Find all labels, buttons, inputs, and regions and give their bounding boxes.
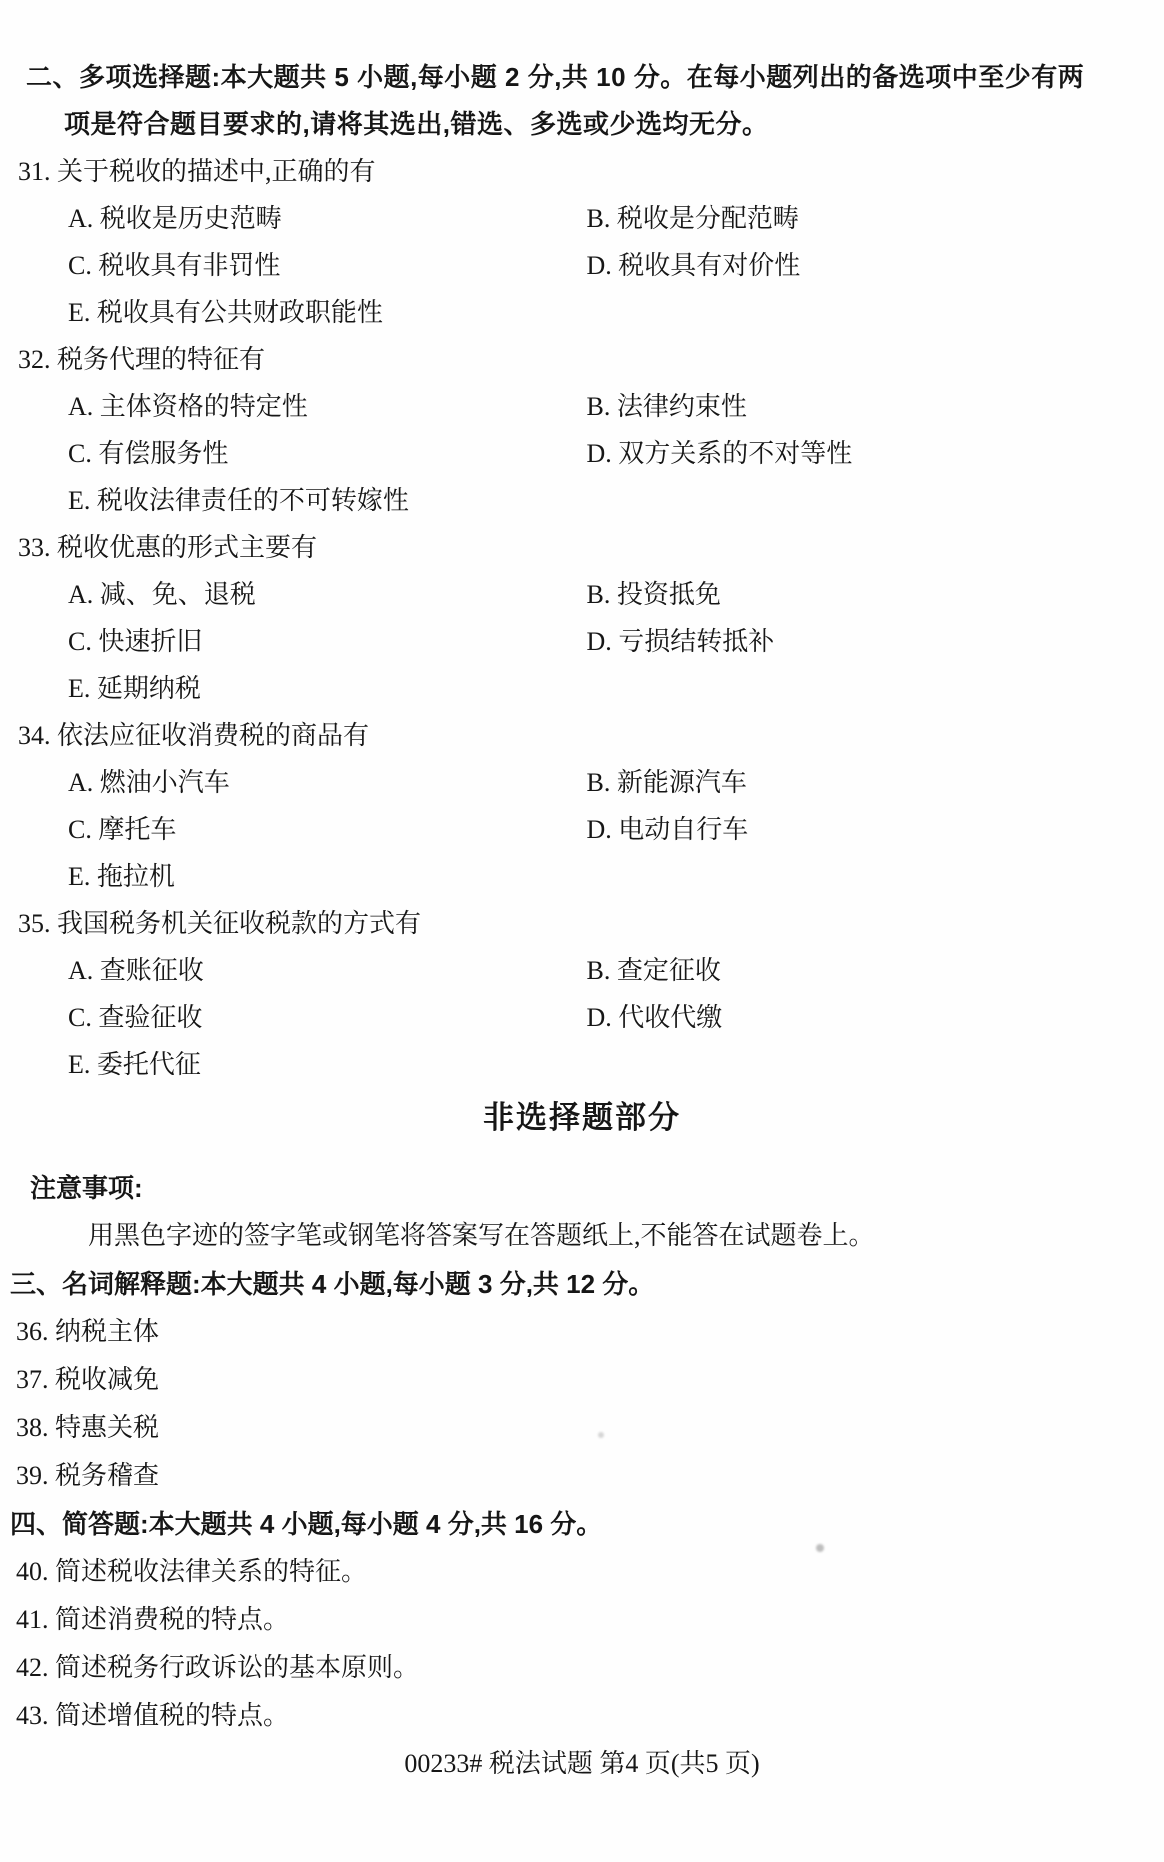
option-e: E. 委托代征 bbox=[68, 1041, 580, 1088]
question-34: 34. 依法应征收消费税的商品有 A. 燃油小汽车 B. 新能源汽车 C. 摩托… bbox=[0, 712, 1164, 900]
section3-header: 三、名词解释题:本大题共 4 小题,每小题 3 分,共 12 分。 bbox=[0, 1260, 1164, 1308]
notes-text: 用黑色字迹的签字笔或钢笔将答案写在答题纸上,不能答在试题卷上。 bbox=[0, 1212, 1164, 1260]
option-d: D. 亏损结转抵补 bbox=[587, 618, 775, 665]
short-answer-item-43: 43. 简述增值税的特点。 bbox=[0, 1692, 1164, 1740]
option-a: A. 燃油小汽车 bbox=[68, 759, 580, 806]
short-answer-item-40: 40. 简述税收法律关系的特征。 bbox=[0, 1548, 1164, 1596]
section4-header: 四、简答题:本大题共 4 小题,每小题 4 分,共 16 分。 bbox=[0, 1500, 1164, 1548]
question-stem: 32. 税务代理的特征有 bbox=[0, 336, 1164, 383]
non-mc-section-title: 非选择题部分 bbox=[0, 1088, 1164, 1148]
question-31: 31. 关于税收的描述中,正确的有 A. 税收是历史范畴 B. 税收是分配范畴 … bbox=[0, 148, 1164, 336]
option-d: D. 税收具有对价性 bbox=[587, 242, 801, 289]
option-c: C. 税收具有非罚性 bbox=[68, 242, 580, 289]
short-answer-item-41: 41. 简述消费税的特点。 bbox=[0, 1596, 1164, 1644]
question-stem: 34. 依法应征收消费税的商品有 bbox=[0, 712, 1164, 759]
option-row: A. 查账征收 B. 查定征收 bbox=[0, 947, 1164, 994]
mc-section-header-line2: 项是符合题目要求的,请将其选出,错选、多选或少选均无分。 bbox=[0, 101, 1164, 148]
option-b: B. 投资抵免 bbox=[587, 571, 721, 618]
question-35: 35. 我国税务机关征收税款的方式有 A. 查账征收 B. 查定征收 C. 查验… bbox=[0, 900, 1164, 1088]
option-row: A. 主体资格的特定性 B. 法律约束性 bbox=[0, 383, 1164, 430]
option-row: E. 委托代征 bbox=[0, 1041, 1164, 1088]
option-a: A. 税收是历史范畴 bbox=[68, 195, 580, 242]
option-row: E. 税收法律责任的不可转嫁性 bbox=[0, 477, 1164, 524]
short-answer-item-42: 42. 简述税务行政诉讼的基本原则。 bbox=[0, 1644, 1164, 1692]
exam-paper-page: 二、多项选择题:本大题共 5 小题,每小题 2 分,共 10 分。在每小题列出的… bbox=[0, 0, 1164, 1862]
scan-speck bbox=[598, 1432, 604, 1438]
option-row: E. 延期纳税 bbox=[0, 665, 1164, 712]
term-item-37: 37. 税收减免 bbox=[0, 1356, 1164, 1404]
term-item-39: 39. 税务稽查 bbox=[0, 1452, 1164, 1500]
option-c: C. 摩托车 bbox=[68, 806, 580, 853]
question-33: 33. 税收优惠的形式主要有 A. 减、免、退税 B. 投资抵免 C. 快速折旧… bbox=[0, 524, 1164, 712]
term-item-38: 38. 特惠关税 bbox=[0, 1404, 1164, 1452]
term-item-36: 36. 纳税主体 bbox=[0, 1308, 1164, 1356]
option-row: C. 快速折旧 D. 亏损结转抵补 bbox=[0, 618, 1164, 665]
question-stem: 33. 税收优惠的形式主要有 bbox=[0, 524, 1164, 571]
page-footer: 00233# 税法试题 第4 页(共5 页) bbox=[0, 1740, 1164, 1788]
scan-speck bbox=[816, 1544, 824, 1552]
option-c: C. 快速折旧 bbox=[68, 618, 580, 665]
question-stem: 31. 关于税收的描述中,正确的有 bbox=[0, 148, 1164, 195]
option-e: E. 税收法律责任的不可转嫁性 bbox=[68, 477, 580, 524]
option-b: B. 法律约束性 bbox=[587, 383, 747, 430]
option-c: C. 有偿服务性 bbox=[68, 430, 580, 477]
option-d: D. 代收代缴 bbox=[587, 994, 723, 1041]
option-d: D. 电动自行车 bbox=[587, 806, 749, 853]
option-a: A. 减、免、退税 bbox=[68, 571, 580, 618]
option-b: B. 查定征收 bbox=[587, 947, 721, 994]
option-row: C. 摩托车 D. 电动自行车 bbox=[0, 806, 1164, 853]
option-row: E. 税收具有公共财政职能性 bbox=[0, 289, 1164, 336]
mc-section-header-line1: 二、多项选择题:本大题共 5 小题,每小题 2 分,共 10 分。在每小题列出的… bbox=[0, 54, 1164, 101]
option-e: E. 税收具有公共财政职能性 bbox=[68, 289, 580, 336]
question-stem: 35. 我国税务机关征收税款的方式有 bbox=[0, 900, 1164, 947]
option-row: C. 查验征收 D. 代收代缴 bbox=[0, 994, 1164, 1041]
question-32: 32. 税务代理的特征有 A. 主体资格的特定性 B. 法律约束性 C. 有偿服… bbox=[0, 336, 1164, 524]
option-row: A. 燃油小汽车 B. 新能源汽车 bbox=[0, 759, 1164, 806]
option-c: C. 查验征收 bbox=[68, 994, 580, 1041]
option-row: E. 拖拉机 bbox=[0, 853, 1164, 900]
option-row: C. 税收具有非罚性 D. 税收具有对价性 bbox=[0, 242, 1164, 289]
option-row: A. 税收是历史范畴 B. 税收是分配范畴 bbox=[0, 195, 1164, 242]
option-d: D. 双方关系的不对等性 bbox=[587, 430, 853, 477]
option-a: A. 查账征收 bbox=[68, 947, 580, 994]
option-e: E. 延期纳税 bbox=[68, 665, 580, 712]
notes-label: 注意事项: bbox=[0, 1164, 1164, 1212]
option-e: E. 拖拉机 bbox=[68, 853, 580, 900]
option-row: A. 减、免、退税 B. 投资抵免 bbox=[0, 571, 1164, 618]
option-a: A. 主体资格的特定性 bbox=[68, 383, 580, 430]
option-b: B. 新能源汽车 bbox=[587, 759, 747, 806]
multiple-choice-section: 二、多项选择题:本大题共 5 小题,每小题 2 分,共 10 分。在每小题列出的… bbox=[0, 0, 1164, 1088]
option-row: C. 有偿服务性 D. 双方关系的不对等性 bbox=[0, 430, 1164, 477]
option-b: B. 税收是分配范畴 bbox=[587, 195, 799, 242]
